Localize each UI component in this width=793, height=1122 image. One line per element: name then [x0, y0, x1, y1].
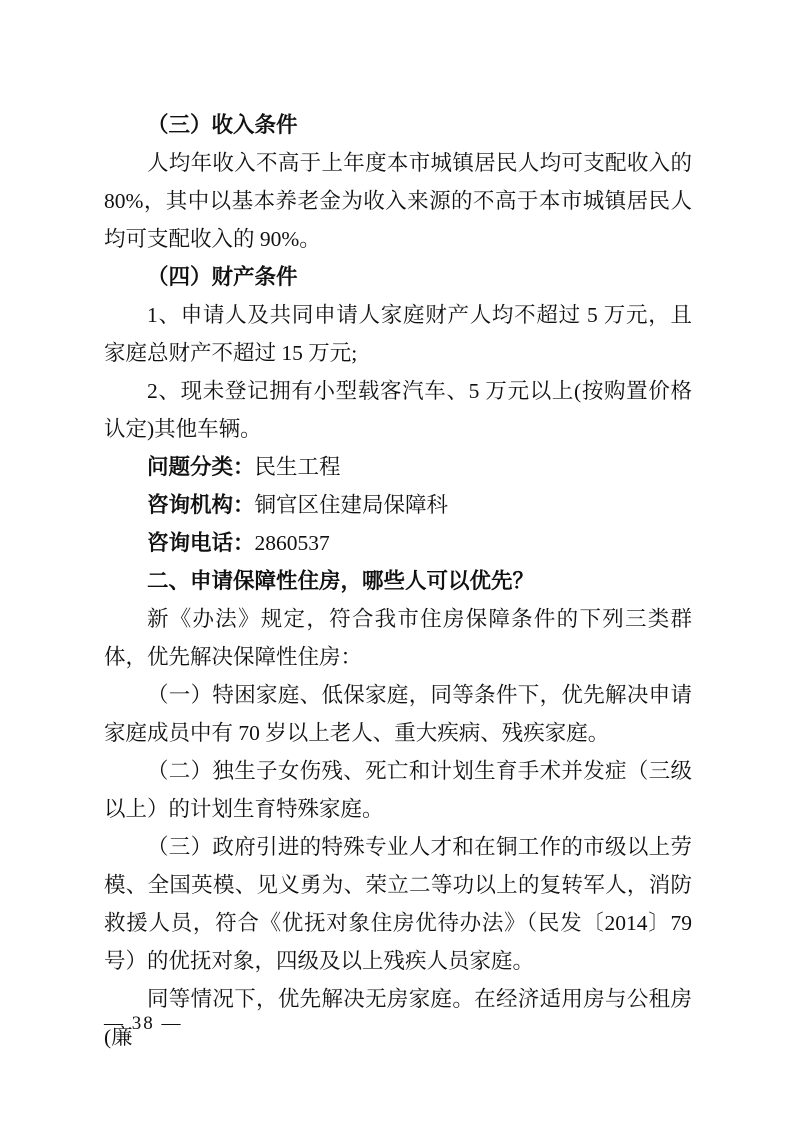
section-heading: 二、申请保障性住房，哪些人可以优先？ [104, 562, 692, 600]
field-value: 铜官区住建局保障科 [255, 493, 449, 517]
section-heading: （四）财产条件 [104, 258, 692, 296]
field-row: 咨询机构：铜官区住建局保障科 [104, 486, 692, 524]
field-label: 咨询电话： [147, 531, 255, 555]
page-number-footer: — 38 — [104, 1008, 183, 1040]
body-paragraph: （二）独生子女伤残、死亡和计划生育手术并发症（三级以上）的计划生育特殊家庭。 [104, 752, 692, 828]
document-page: （三）收入条件人均年收入不高于上年度本市城镇居民人均可支配收入的 80%，其中以… [0, 0, 793, 1122]
field-label: 咨询机构： [147, 493, 255, 517]
body-paragraph: 新《办法》规定，符合我市住房保障条件的下列三类群体，优先解决保障性住房： [104, 600, 692, 676]
body-paragraph: 1、申请人及共同申请人家庭财产人均不超过 5 万元，且家庭总财产不超过 15 万… [104, 296, 692, 372]
document-content: （三）收入条件人均年收入不高于上年度本市城镇居民人均可支配收入的 80%，其中以… [104, 106, 692, 1056]
section-heading: （三）收入条件 [104, 106, 692, 144]
body-paragraph: （三）政府引进的特殊专业人才和在铜工作的市级以上劳模、全国英模、见义勇为、荣立二… [104, 828, 692, 980]
field-value: 2860537 [255, 531, 330, 555]
body-paragraph: 2、现未登记拥有小型载客汽车、5 万元以上(按购置价格认定)其他车辆。 [104, 372, 692, 448]
body-paragraph: 人均年收入不高于上年度本市城镇居民人均可支配收入的 80%，其中以基本养老金为收… [104, 144, 692, 258]
field-row: 问题分类：民生工程 [104, 448, 692, 486]
body-paragraph: 同等情况下，优先解决无房家庭。在经济适用房与公租房(廉 [104, 980, 692, 1056]
field-label: 问题分类： [147, 455, 255, 479]
body-paragraph: （一）特困家庭、低保家庭，同等条件下，优先解决申请家庭成员中有 70 岁以上老人… [104, 676, 692, 752]
field-value: 民生工程 [255, 455, 341, 479]
field-row: 咨询电话：2860537 [104, 524, 692, 562]
